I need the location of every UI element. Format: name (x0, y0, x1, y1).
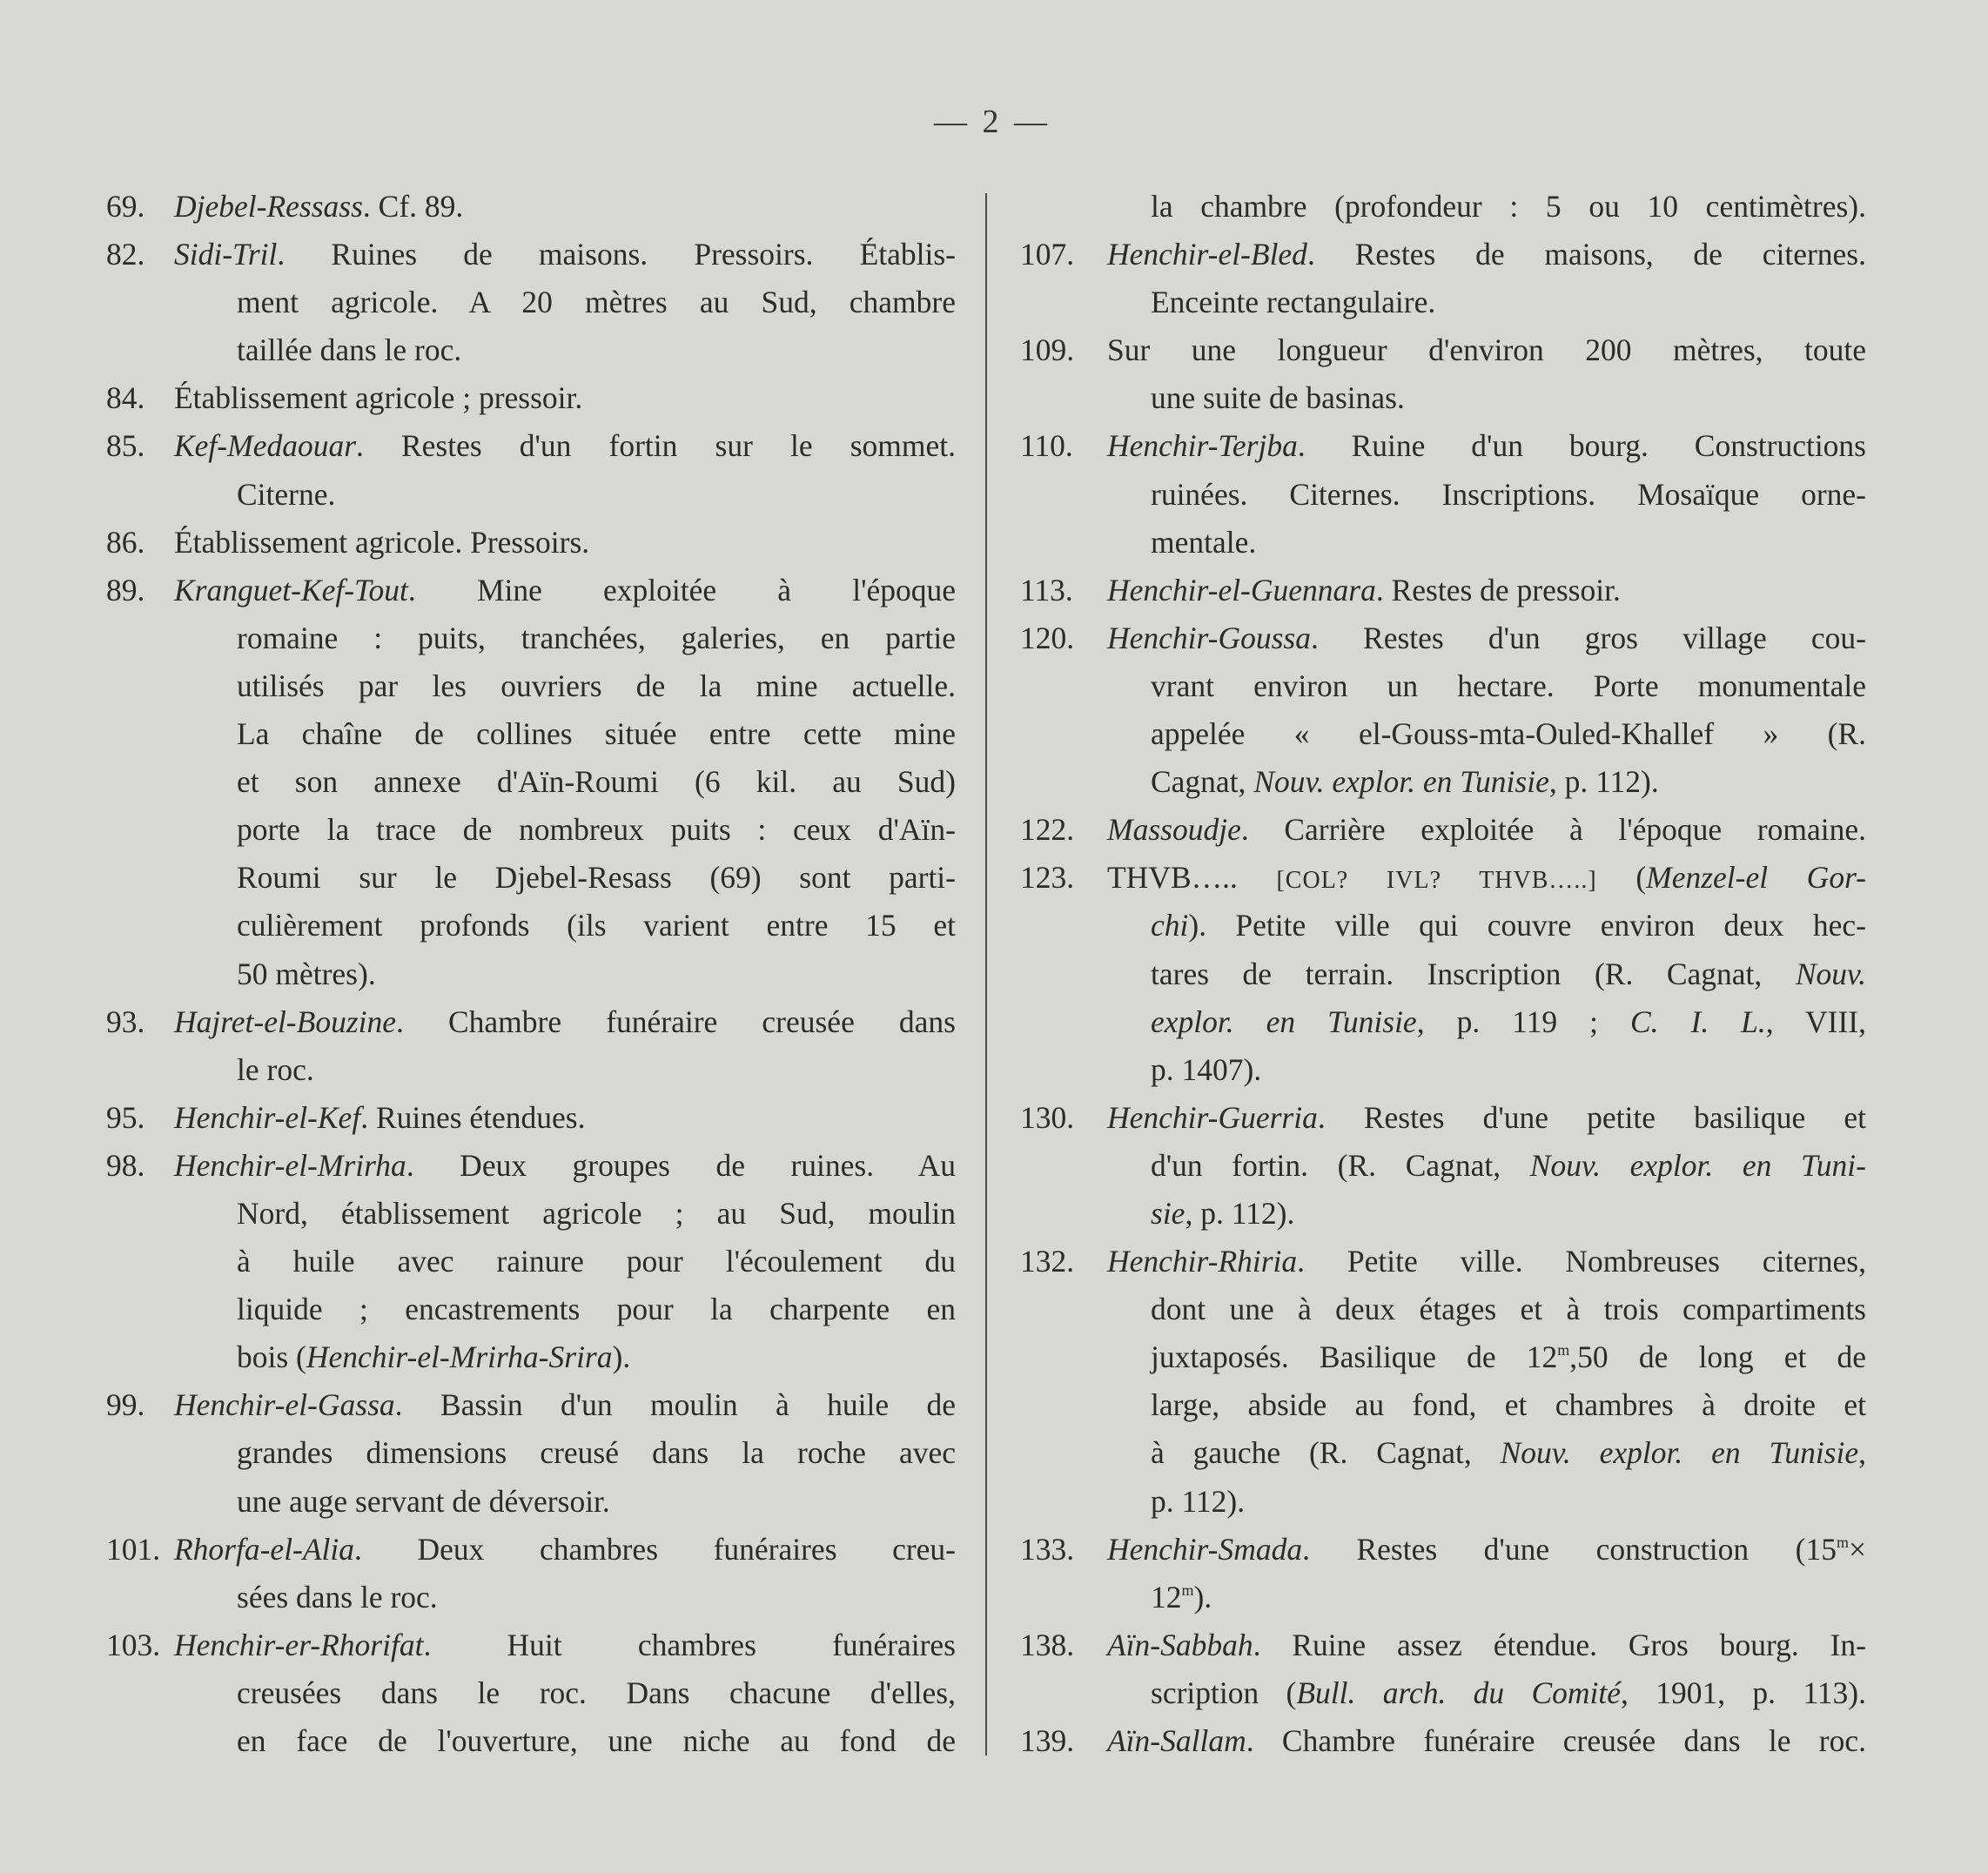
text-run: . Restes d'un fortin sur le sommet. (356, 428, 956, 463)
text-run: ruinées. Citernes. Inscriptions. Mosaïqu… (1151, 477, 1866, 512)
entry-line: 109.Sur une longueur d'environ 200 mètre… (1020, 326, 1866, 374)
entry-text: p. 1407). (1151, 1046, 1866, 1094)
entry-line: la chambre (profondeur : 5 ou 10 centimè… (1020, 183, 1866, 231)
left-column: 69.Djebel-Ressass. Cf. 89.82.Sidi-Tril. … (106, 183, 956, 1765)
entry-number: 110. (1020, 422, 1073, 470)
text-run: THVB….. (1107, 860, 1276, 895)
entry-number: 99. (106, 1381, 144, 1429)
right-column: la chambre (profondeur : 5 ou 10 centimè… (1020, 183, 1866, 1765)
text-run: à huile avec rainure pour l'écoulement d… (237, 1244, 956, 1279)
entry: 86.Établissement agricole. Pressoirs. (106, 519, 956, 567)
entry-number: 123. (1020, 854, 1074, 902)
entry: 82.Sidi-Tril. Ruines de maisons. Pressoi… (106, 231, 956, 374)
entry-text: culièrement profonds (ils varient entre … (237, 902, 956, 950)
entry-text: creusées dans le roc. Dans chacune d'ell… (237, 1669, 956, 1717)
entry-text: Établissement agricole ; pressoir. (174, 374, 956, 422)
place-name-italic: Henchir-Terjba (1107, 428, 1298, 463)
text-run: utilisés par les ouvriers de la mine act… (237, 668, 956, 703)
text-run: , p. 119 ; (1417, 1004, 1630, 1039)
place-name-italic: Aïn-Sallam (1107, 1723, 1246, 1758)
place-name-italic: Henchir-el-Gassa (174, 1387, 395, 1422)
entry-line: 84.Établissement agricole ; pressoir. (106, 374, 956, 422)
text-run: creusées dans le roc. Dans chacune d'ell… (237, 1675, 956, 1710)
text-run: , p. 112). (1549, 764, 1659, 799)
text-run: . Chambre funéraire creusée dans (396, 1004, 956, 1039)
entry-line: 50 mètres). (106, 950, 956, 998)
entry-line: le roc. (106, 1046, 956, 1094)
entry-line: p. 112). (1020, 1478, 1866, 1526)
entry-line: en face de l'ouverture, une niche au fon… (106, 1717, 956, 1765)
page-number: — 2 — (923, 103, 1062, 141)
entry-number: 107. (1020, 231, 1074, 279)
entry-line: Nord, établissement agricole ; au Sud, m… (106, 1190, 956, 1238)
place-name-italic: Henchir-el-Bled (1107, 237, 1307, 272)
entry-number: 138. (1020, 1621, 1074, 1669)
entry-number: 82. (106, 231, 144, 279)
text-run: juxtaposés. Basilique de 12 (1151, 1339, 1557, 1374)
entry: 93.Hajret-el-Bouzine. Chambre funéraire … (106, 998, 956, 1094)
entry-text: Henchir-er-Rhorifat. Huit chambres funér… (174, 1621, 956, 1669)
text-run: m (1557, 1341, 1569, 1359)
entry-line: 69.Djebel-Ressass. Cf. 89. (106, 183, 956, 231)
place-name-italic: Aïn-Sabbah (1107, 1628, 1253, 1662)
entry-text: appelée « el-Gouss-mta-Ouled-Khallef » (… (1151, 710, 1866, 758)
entry-text: large, abside au fond, et chambres à dro… (1151, 1381, 1866, 1429)
entry-text: 12m). (1151, 1574, 1866, 1621)
entry: 113.Henchir-el-Guennara. Restes de press… (1020, 567, 1866, 614)
entry-line: 113.Henchir-el-Guennara. Restes de press… (1020, 567, 1866, 614)
place-name-italic: Nouv. explor. en Tuni- (1530, 1148, 1866, 1183)
entry-line: à huile avec rainure pour l'écoulement d… (106, 1238, 956, 1286)
entry-text: juxtaposés. Basilique de 12m,50 de long … (1151, 1333, 1866, 1381)
entry: 138.Aïn-Sabbah. Ruine assez étendue. Gro… (1020, 1621, 1866, 1717)
entry: 123.THVB….. [COL? IVL? THVB…..] (Menzel-… (1020, 854, 1866, 1093)
entry-line: appelée « el-Gouss-mta-Ouled-Khallef » (… (1020, 710, 1866, 758)
place-name-italic: Massoudje (1107, 812, 1241, 847)
place-name-italic: Nouv. (1796, 957, 1866, 991)
entry-line: 101.Rhorfa-el-Alia. Deux chambres funéra… (106, 1526, 956, 1574)
text-run: . Ruines de maisons. Pressoirs. Établis- (277, 237, 956, 272)
entry-line: 107.Henchir-el-Bled. Restes de maisons, … (1020, 231, 1866, 279)
entry-text: Aïn-Sabbah. Ruine assez étendue. Gros bo… (1107, 1621, 1866, 1669)
entry-number: 89. (106, 567, 144, 614)
entry-text: d'un fortin. (R. Cagnat, Nouv. explor. e… (1151, 1142, 1866, 1190)
entry-number: 98. (106, 1142, 144, 1190)
entry-line: et son annexe d'Aïn-Roumi (6 kil. au Sud… (106, 758, 956, 806)
place-name-italic: Henchir-el-Mrirha-Srira (306, 1339, 613, 1374)
entry-text: explor. en Tunisie, p. 119 ; C. I. L., V… (1151, 998, 1866, 1046)
text-run: la chambre (profondeur : 5 ou 10 centimè… (1151, 189, 1866, 224)
entry-text: grandes dimensions creusé dans la roche … (237, 1429, 956, 1477)
text-run: d'un fortin. (R. Cagnat, (1151, 1148, 1530, 1183)
entry-text: Établissement agricole. Pressoirs. (174, 519, 956, 567)
entry-line: une suite de basinas. (1020, 374, 1866, 422)
entry-text: à gauche (R. Cagnat, Nouv. explor. en Tu… (1151, 1429, 1866, 1477)
text-run: grandes dimensions creusé dans la roche … (237, 1435, 956, 1470)
text-run: La chaîne de collines située entre cette… (237, 716, 956, 751)
entry-text: Enceinte rectangulaire. (1151, 279, 1866, 326)
entry-line: 82.Sidi-Tril. Ruines de maisons. Pressoi… (106, 231, 956, 279)
entry-line: utilisés par les ouvriers de la mine act… (106, 662, 956, 710)
entry-line: d'un fortin. (R. Cagnat, Nouv. explor. e… (1020, 1142, 1866, 1190)
text-run: . Restes de maisons, de citernes. (1307, 237, 1866, 272)
entry: 132.Henchir-Rhiria. Petite ville. Nombre… (1020, 1238, 1866, 1526)
entry-text: une suite de basinas. (1151, 374, 1866, 422)
entry-text: ruinées. Citernes. Inscriptions. Mosaïqu… (1151, 471, 1866, 519)
entry-text: Massoudje. Carrière exploitée à l'époque… (1107, 806, 1866, 854)
entry-text: Henchir-Guerria. Restes d'une petite bas… (1107, 1094, 1866, 1142)
text-run: . Ruines étendues. (360, 1100, 585, 1135)
entry-line: Roumi sur le Djebel-Resass (69) sont par… (106, 854, 956, 902)
entry-text: Djebel-Ressass. Cf. 89. (174, 183, 956, 231)
entry-line: Citerne. (106, 471, 956, 519)
place-name-italic: Bull. arch. du Comité (1296, 1675, 1621, 1710)
text-run: m (1837, 1534, 1849, 1551)
entry-text: Henchir-Rhiria. Petite ville. Nombreuses… (1107, 1238, 1866, 1286)
text-run: . Petite ville. Nombreuses citernes, (1297, 1244, 1866, 1279)
entry-number: 133. (1020, 1526, 1074, 1574)
entry-text: tares de terrain. Inscription (R. Cagnat… (1151, 950, 1866, 998)
text-run: à gauche (R. Cagnat, (1151, 1435, 1501, 1470)
entry-text: vrant environ un hectare. Porte monument… (1151, 662, 1866, 710)
entry-text: romaine : puits, tranchées, galeries, en… (237, 614, 956, 662)
text-run: bois ( (237, 1339, 306, 1374)
entry-line: 120.Henchir-Goussa. Restes d'un gros vil… (1020, 614, 1866, 662)
entry-text: Hajret-el-Bouzine. Chambre funéraire cre… (174, 998, 956, 1046)
entry-line: liquide ; encastrements pour la charpent… (106, 1286, 956, 1333)
place-name-italic: Henchir-er-Rhorifat (174, 1628, 423, 1662)
entry-text: taillée dans le roc. (237, 326, 956, 374)
entry-number: 69. (106, 183, 144, 231)
text-run: Sur une longueur d'environ 200 mètres, t… (1107, 332, 1866, 367)
place-name-italic: Henchir-el-Kef (174, 1100, 360, 1135)
entry-text: Henchir-el-Bled. Restes de maisons, de c… (1107, 231, 1866, 279)
entry-text: ment agricole. A 20 mètres au Sud, chamb… (237, 279, 956, 326)
entry-line: 99.Henchir-el-Gassa. Bassin d'un moulin … (106, 1381, 956, 1429)
entry-line: ruinées. Citernes. Inscriptions. Mosaïqu… (1020, 471, 1866, 519)
entry: 103.Henchir-er-Rhorifat. Huit chambres f… (106, 1621, 956, 1765)
entry-line: romaine : puits, tranchées, galeries, en… (106, 614, 956, 662)
text-run: . Deux chambres funéraires creu- (354, 1532, 956, 1567)
text-run: culièrement profonds (ils varient entre … (237, 908, 956, 943)
entry-number: 139. (1020, 1717, 1074, 1765)
entry-text: La chaîne de collines située entre cette… (237, 710, 956, 758)
entry-number: 132. (1020, 1238, 1074, 1286)
text-run: une auge servant de déversoir. (237, 1484, 610, 1519)
entry-number: 103. (106, 1621, 160, 1669)
place-name-italic: Nouv. explor. en Tunisie (1501, 1435, 1859, 1470)
entry: 95.Henchir-el-Kef. Ruines étendues. (106, 1094, 956, 1142)
entry-line: taillée dans le roc. (106, 326, 956, 374)
entry-line: 103.Henchir-er-Rhorifat. Huit chambres f… (106, 1621, 956, 1669)
entry-line: large, abside au fond, et chambres à dro… (1020, 1381, 1866, 1429)
place-name-italic: Sidi-Tril (174, 237, 277, 272)
entry-line: juxtaposés. Basilique de 12m,50 de long … (1020, 1333, 1866, 1381)
entry-text: bois (Henchir-el-Mrirha-Srira). (237, 1333, 956, 1381)
text-run: . Mine exploitée à l'époque (408, 573, 956, 608)
text-run: Citerne. (237, 477, 335, 512)
entry-number: 95. (106, 1094, 144, 1142)
text-run: romaine : puits, tranchées, galeries, en… (237, 621, 956, 655)
text-run: 50 mètres). (237, 957, 376, 991)
entry-line: à gauche (R. Cagnat, Nouv. explor. en Tu… (1020, 1429, 1866, 1477)
text-run: . Deux groupes de ruines. Au (406, 1148, 956, 1183)
entry-text: Henchir-el-Mrirha. Deux groupes de ruine… (174, 1142, 956, 1190)
entry-text: liquide ; encastrements pour la charpent… (237, 1286, 956, 1333)
text-run: , VIII, (1766, 1004, 1866, 1039)
entry-line: 93.Hajret-el-Bouzine. Chambre funéraire … (106, 998, 956, 1046)
text-run: . Bassin d'un moulin à huile de (395, 1387, 956, 1422)
entry-line: sées dans le roc. (106, 1574, 956, 1621)
text-run: ). Petite ville qui couvre environ deux … (1188, 908, 1866, 943)
entry-line: creusées dans le roc. Dans chacune d'ell… (106, 1669, 956, 1717)
entry-line: dont une à deux étages et à trois compar… (1020, 1286, 1866, 1333)
text-run: . Carrière exploitée à l'époque romaine. (1241, 812, 1866, 847)
entry-line: explor. en Tunisie, p. 119 ; C. I. L., V… (1020, 998, 1866, 1046)
entry: 107.Henchir-el-Bled. Restes de maisons, … (1020, 231, 1866, 326)
entry-number: 101. (106, 1526, 160, 1574)
entry-text: le roc. (237, 1046, 956, 1094)
text-run: p. 112). (1151, 1484, 1245, 1519)
entry-line: 132.Henchir-Rhiria. Petite ville. Nombre… (1020, 1238, 1866, 1286)
entry-line: ment agricole. A 20 mètres au Sud, chamb… (106, 279, 956, 326)
entry-text: Sidi-Tril. Ruines de maisons. Pressoirs.… (174, 231, 956, 279)
text-run: . Restes d'un gros village cou- (1311, 621, 1866, 655)
entry-text: Rhorfa-el-Alia. Deux chambres funéraires… (174, 1526, 956, 1574)
entry: 89.Kranguet-Kef-Tout. Mine exploitée à l… (106, 567, 956, 998)
text-run: ). (613, 1339, 631, 1374)
entry-line: 85.Kef-Medaouar. Restes d'un fortin sur … (106, 422, 956, 470)
place-name-italic: sie (1151, 1196, 1185, 1231)
entry-line: 12m). (1020, 1574, 1866, 1621)
text-run: vrant environ un hectare. Porte monument… (1151, 668, 1866, 703)
text-run: Nord, établissement agricole ; au Sud, m… (237, 1196, 956, 1231)
place-name-italic: Henchir-el-Mrirha (174, 1148, 406, 1183)
text-run: Enceinte rectangulaire. (1151, 285, 1435, 319)
entry-text: Citerne. (237, 471, 956, 519)
entry-text: Henchir-el-Gassa. Bassin d'un moulin à h… (174, 1381, 956, 1429)
entry-line: 98.Henchir-el-Mrirha. Deux groupes de ru… (106, 1142, 956, 1190)
entry-line: chi). Petite ville qui couvre environ de… (1020, 902, 1866, 950)
entry-number: 85. (106, 422, 144, 470)
text-run: , 1901, p. 113). (1621, 1675, 1866, 1710)
entry: 139.Aïn-Sallam. Chambre funéraire creusé… (1020, 1717, 1866, 1765)
entry-line: 122.Massoudje. Carrière exploitée à l'ép… (1020, 806, 1866, 854)
entry-line: 110.Henchir-Terjba. Ruine d'un bourg. Co… (1020, 422, 1866, 470)
text-run: liquide ; encastrements pour la charpent… (237, 1292, 956, 1326)
entry-number: 120. (1020, 614, 1074, 662)
entry-line: culièrement profonds (ils varient entre … (106, 902, 956, 950)
entry-line: Cagnat, Nouv. explor. en Tunisie, p. 112… (1020, 758, 1866, 806)
entry-number: 86. (106, 519, 144, 567)
entry: 101.Rhorfa-el-Alia. Deux chambres funéra… (106, 1526, 956, 1621)
entry-line: Enceinte rectangulaire. (1020, 279, 1866, 326)
entry-text: sie, p. 112). (1151, 1190, 1866, 1238)
entry-line: grandes dimensions creusé dans la roche … (106, 1429, 956, 1477)
text-run: Établissement agricole. Pressoirs. (174, 525, 589, 560)
text-run: Roumi sur le Djebel-Resass (69) sont par… (237, 860, 956, 895)
entry-text: dont une à deux étages et à trois compar… (1151, 1286, 1866, 1333)
place-name-italic: Hajret-el-Bouzine (174, 1004, 396, 1039)
text-run: . Restes d'une petite basilique et (1318, 1100, 1866, 1135)
entry-text: Sur une longueur d'environ 200 mètres, t… (1107, 326, 1866, 374)
entry-line: 139.Aïn-Sallam. Chambre funéraire creusé… (1020, 1717, 1866, 1765)
entry-text: Nord, établissement agricole ; au Sud, m… (237, 1190, 956, 1238)
place-name-italic: Djebel-Ressass (174, 189, 363, 224)
text-run: . Restes de pressoir. (1376, 573, 1621, 608)
entry-text: chi). Petite ville qui couvre environ de… (1151, 902, 1866, 950)
entry-text: THVB….. [COL? IVL? THVB…..] (Menzel-el G… (1107, 854, 1866, 902)
entry-number: 122. (1020, 806, 1074, 854)
text-run: scription ( (1151, 1675, 1296, 1710)
entry-text: Henchir-Terjba. Ruine d'un bourg. Constr… (1107, 422, 1866, 470)
place-name-italic: Henchir-Rhiria (1107, 1244, 1297, 1279)
entry: 120.Henchir-Goussa. Restes d'un gros vil… (1020, 614, 1866, 806)
entry-line: une auge servant de déversoir. (106, 1478, 956, 1526)
entry-line: scription (Bull. arch. du Comité, 1901, … (1020, 1669, 1866, 1717)
text-run: 12 (1151, 1580, 1182, 1615)
text-run: . Ruine d'un bourg. Constructions (1298, 428, 1866, 463)
entry-number: 93. (106, 998, 144, 1046)
text-run: . Ruine assez étendue. Gros bourg. In- (1253, 1628, 1866, 1662)
entry-line: 133.Henchir-Smada. Restes d'une construc… (1020, 1526, 1866, 1574)
entry-text: 50 mètres). (237, 950, 956, 998)
entry-line: 86.Établissement agricole. Pressoirs. (106, 519, 956, 567)
place-name-italic: Rhorfa-el-Alia (174, 1532, 354, 1567)
entry-line: 123.THVB….. [COL? IVL? THVB…..] (Menzel-… (1020, 854, 1866, 902)
text-run: appelée « el-Gouss-mta-Ouled-Khallef » (… (1151, 716, 1866, 751)
text-run: , p. 112). (1185, 1196, 1294, 1231)
entry-line: bois (Henchir-el-Mrirha-Srira). (106, 1333, 956, 1381)
text-run: taillée dans le roc. (237, 332, 461, 367)
entry-text: et son annexe d'Aïn-Roumi (6 kil. au Sud… (237, 758, 956, 806)
column-divider (985, 193, 987, 1756)
place-name-italic: chi (1151, 908, 1188, 943)
text-run: dont une à deux étages et à trois compar… (1151, 1292, 1866, 1326)
place-name-italic: explor. en Tunisie (1151, 1004, 1417, 1039)
entry-text: Roumi sur le Djebel-Resass (69) sont par… (237, 854, 956, 902)
entry-line: p. 1407). (1020, 1046, 1866, 1094)
entry: 99.Henchir-el-Gassa. Bassin d'un moulin … (106, 1381, 956, 1525)
entry: 69.Djebel-Ressass. Cf. 89. (106, 183, 956, 231)
text-run: ,50 de long et de (1569, 1339, 1866, 1374)
place-name-italic: Henchir-Smada (1107, 1532, 1302, 1567)
place-name-italic: Kranguet-Kef-Tout (174, 573, 408, 608)
entry-text: porte la trace de nombreux puits : ceux … (237, 806, 956, 854)
entry: 130.Henchir-Guerria. Restes d'une petite… (1020, 1094, 1866, 1238)
text-run: sées dans le roc. (237, 1580, 438, 1615)
entry-text: sées dans le roc. (237, 1574, 956, 1621)
text-run: ( (1597, 860, 1646, 895)
text-run: et son annexe d'Aïn-Roumi (6 kil. au Sud… (237, 764, 956, 799)
text-run: ment agricole. A 20 mètres au Sud, chamb… (237, 285, 956, 319)
place-name-italic: Henchir-Goussa (1107, 621, 1311, 655)
entry-text: la chambre (profondeur : 5 ou 10 centimè… (1151, 183, 1866, 231)
entry-line: 89.Kranguet-Kef-Tout. Mine exploitée à l… (106, 567, 956, 614)
text-run: [COL? IVL? THVB…..] (1276, 867, 1596, 894)
entry-number: 113. (1020, 567, 1073, 614)
entry-text: Aïn-Sallam. Chambre funéraire creusée da… (1107, 1717, 1866, 1765)
text-run: × (1849, 1532, 1866, 1567)
entry: 85.Kef-Medaouar. Restes d'un fortin sur … (106, 422, 956, 518)
entry-text: Kranguet-Kef-Tout. Mine exploitée à l'ép… (174, 567, 956, 614)
text-run: p. 1407). (1151, 1052, 1261, 1087)
entry-text: à huile avec rainure pour l'écoulement d… (237, 1238, 956, 1286)
entry: 98.Henchir-el-Mrirha. Deux groupes de ru… (106, 1142, 956, 1381)
entry: 109.Sur une longueur d'environ 200 mètre… (1020, 326, 1866, 422)
text-run: . Cf. 89. (363, 189, 463, 224)
text-run: porte la trace de nombreux puits : ceux … (237, 812, 956, 847)
entry-line: 138.Aïn-Sabbah. Ruine assez étendue. Gro… (1020, 1621, 1866, 1669)
entry-text: Cagnat, Nouv. explor. en Tunisie, p. 112… (1151, 758, 1866, 806)
entry-line: La chaîne de collines située entre cette… (106, 710, 956, 758)
text-run: le roc. (237, 1052, 314, 1087)
text-run: mentale. (1151, 525, 1256, 560)
entry-text: Kef-Medaouar. Restes d'un fortin sur le … (174, 422, 956, 470)
entry-line: tares de terrain. Inscription (R. Cagnat… (1020, 950, 1866, 998)
place-name-italic: C. I. L. (1630, 1004, 1766, 1039)
entry-text: mentale. (1151, 519, 1866, 567)
entry-line: vrant environ un hectare. Porte monument… (1020, 662, 1866, 710)
place-name-italic: Henchir-Guerria (1107, 1100, 1318, 1135)
entry-number: 109. (1020, 326, 1074, 374)
place-name-italic: Henchir-el-Guennara (1107, 573, 1376, 608)
place-name-italic: Menzel-el Gor- (1646, 860, 1866, 895)
place-name-italic: Nouv. explor. en Tunisie (1253, 764, 1549, 799)
entry-number: 84. (106, 374, 144, 422)
entry: 110.Henchir-Terjba. Ruine d'un bourg. Co… (1020, 422, 1866, 566)
entry-text: Henchir-Goussa. Restes d'un gros village… (1107, 614, 1866, 662)
text-run: . Huit chambres funéraires (423, 1628, 956, 1662)
entry-line: porte la trace de nombreux puits : ceux … (106, 806, 956, 854)
entry-text: Henchir-el-Guennara. Restes de pressoir. (1107, 567, 1866, 614)
entry-text: une auge servant de déversoir. (237, 1478, 956, 1526)
entry-number: 130. (1020, 1094, 1074, 1142)
entry-line: 130.Henchir-Guerria. Restes d'une petite… (1020, 1094, 1866, 1142)
text-run: ). (1194, 1580, 1212, 1615)
entry-text: en face de l'ouverture, une niche au fon… (237, 1717, 956, 1765)
text-run: Cagnat, (1151, 764, 1253, 799)
entry: la chambre (profondeur : 5 ou 10 centimè… (1020, 183, 1866, 231)
entry-text: p. 112). (1151, 1478, 1866, 1526)
text-run: , (1858, 1435, 1866, 1470)
text-run: . Chambre funéraire creusée dans le roc. (1246, 1723, 1866, 1758)
entry-text: Henchir-Smada. Restes d'une construction… (1107, 1526, 1866, 1574)
text-run: une suite de basinas. (1151, 380, 1405, 415)
text-run: Établissement agricole ; pressoir. (174, 380, 582, 415)
entry: 122.Massoudje. Carrière exploitée à l'ép… (1020, 806, 1866, 854)
entry-line: mentale. (1020, 519, 1866, 567)
entry: 84.Établissement agricole ; pressoir. (106, 374, 956, 422)
text-run: tares de terrain. Inscription (R. Cagnat… (1151, 957, 1796, 991)
entry: 133.Henchir-Smada. Restes d'une construc… (1020, 1526, 1866, 1621)
entry-text: scription (Bull. arch. du Comité, 1901, … (1151, 1669, 1866, 1717)
entry-text: utilisés par les ouvriers de la mine act… (237, 662, 956, 710)
text-run: en face de l'ouverture, une niche au fon… (237, 1723, 956, 1758)
place-name-italic: Kef-Medaouar (174, 428, 356, 463)
entry-line: 95.Henchir-el-Kef. Ruines étendues. (106, 1094, 956, 1142)
text-run: large, abside au fond, et chambres à dro… (1151, 1387, 1866, 1422)
entry-text: Henchir-el-Kef. Ruines étendues. (174, 1094, 956, 1142)
text-run: . Restes d'une construction (15 (1302, 1532, 1837, 1567)
text-run: m (1182, 1581, 1194, 1599)
entry-line: sie, p. 112). (1020, 1190, 1866, 1238)
